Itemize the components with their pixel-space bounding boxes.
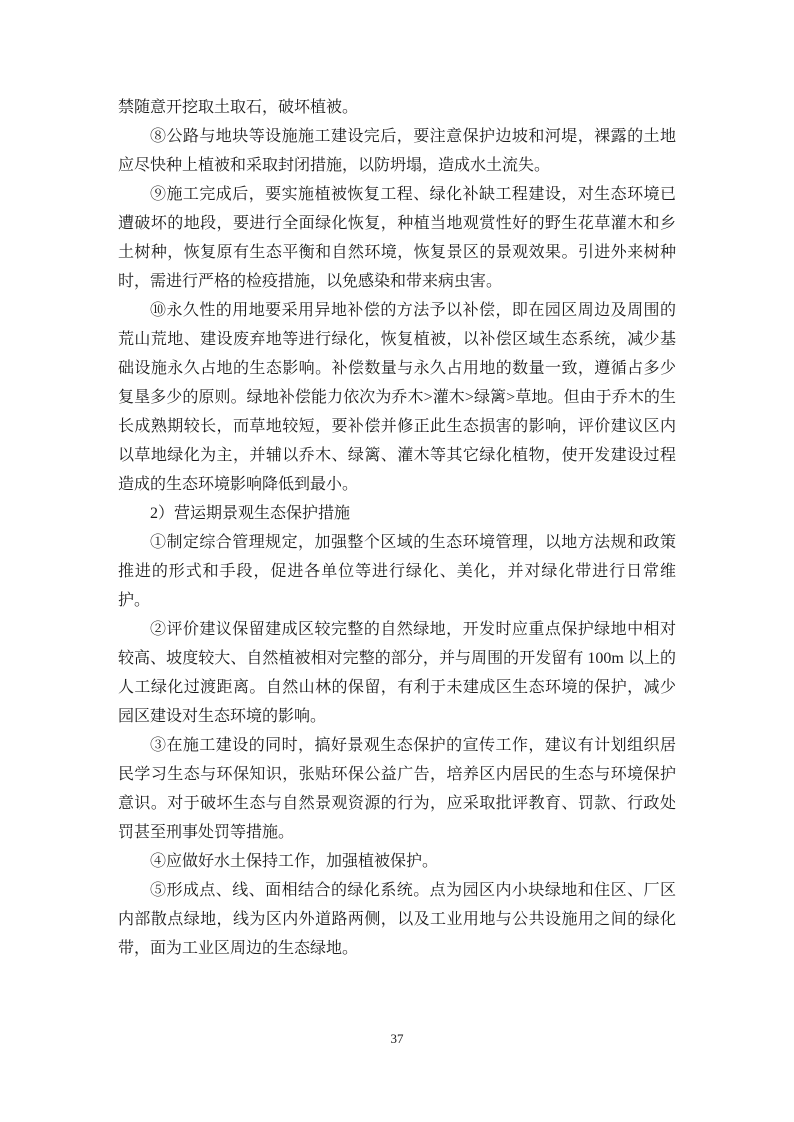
page-number: 37 (0, 1031, 794, 1047)
section-heading: 2）营运期景观生态保护措施 (118, 499, 676, 528)
paragraph-item-8: ⑧公路与地块等设施施工建设完后，要注意保护边坡和河堤，裸露的土地应尽快种上植被和… (118, 122, 676, 180)
document-page: 禁随意开挖取土取石，破坏植被。 ⑧公路与地块等设施施工建设完后，要注意保护边坡和… (0, 0, 794, 1122)
paragraph-item-4: ④应做好水土保持工作，加强植被保护。 (118, 847, 676, 876)
paragraph-continuation: 禁随意开挖取土取石，破坏植被。 (118, 93, 676, 122)
paragraph-item-9: ⑨施工完成后，要实施植被恢复工程、绿化补缺工程建设，对生态环境已遭破坏的地段，要… (118, 180, 676, 296)
paragraph-item-5: ⑤形成点、线、面相结合的绿化系统。点为园区内小块绿地和住区、厂区内部散点绿地，线… (118, 876, 676, 963)
paragraph-item-2: ②评价建议保留建成区较完整的自然绿地，开发时应重点保护绿地中相对较高、坡度较大、… (118, 615, 676, 731)
document-body: 禁随意开挖取土取石，破坏植被。 ⑧公路与地块等设施施工建设完后，要注意保护边坡和… (118, 93, 676, 963)
paragraph-item-10: ⑩永久性的用地要采用异地补偿的方法予以补偿，即在园区周边及周围的荒山荒地、建设废… (118, 296, 676, 499)
paragraph-item-1: ①制定综合管理规定，加强整个区域的生态环境管理，以地方法规和政策推进的形式和手段… (118, 528, 676, 615)
paragraph-item-3: ③在施工建设的同时，搞好景观生态保护的宣传工作，建议有计划组织居民学习生态与环保… (118, 731, 676, 847)
